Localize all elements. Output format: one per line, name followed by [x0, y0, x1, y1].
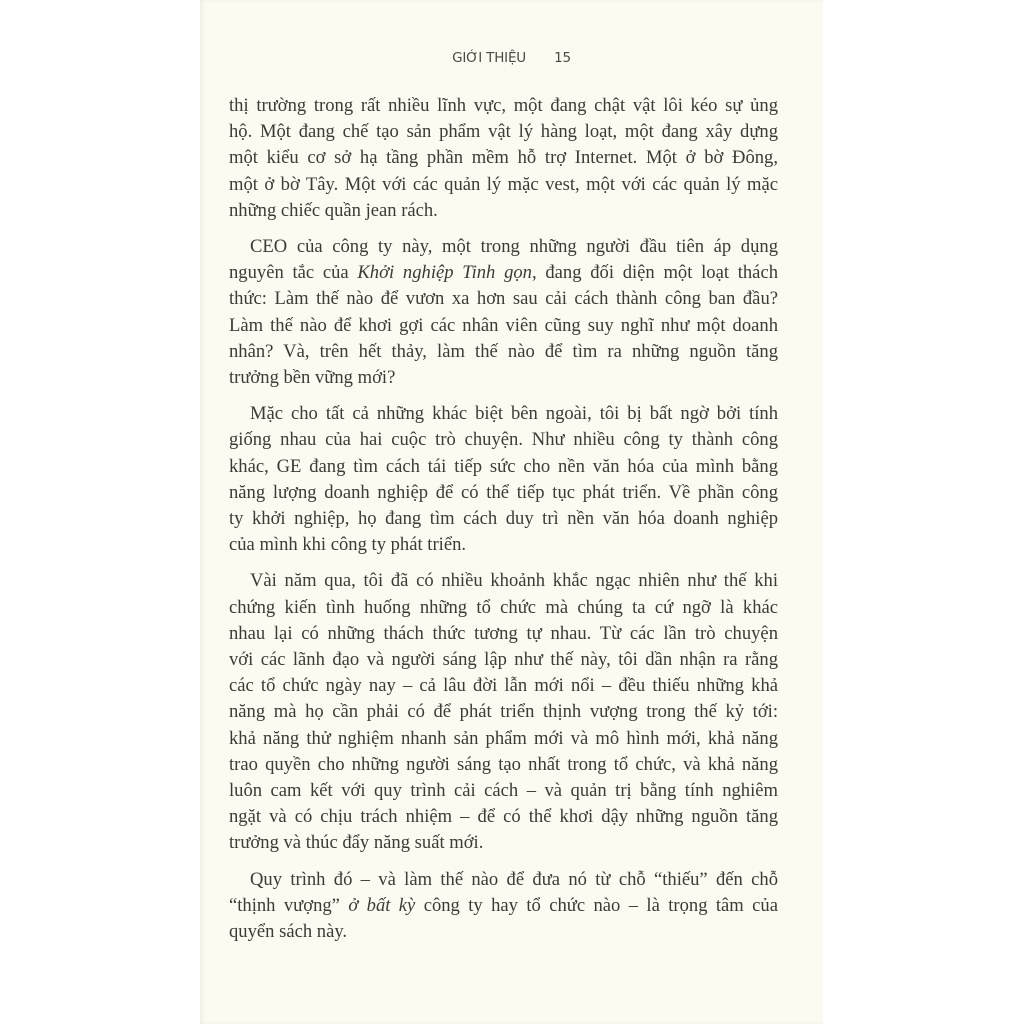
- emphasis-italic: ở bất kỳ: [348, 895, 415, 916]
- text-line: khác, GE đang tìm cách tái tiếp sức cho …: [229, 454, 778, 480]
- text-line: trưởng và thúc đẩy năng suất mới.: [229, 830, 778, 856]
- text-line: nhau lại có những thách thức tương tự nh…: [229, 621, 778, 647]
- text-line: của mình khi công ty phát triển.: [229, 532, 778, 558]
- page-number: 15: [554, 50, 571, 66]
- paragraph-5: Quy trình đó – và làm thế nào để đưa nó …: [229, 867, 778, 946]
- text-line: ngặt và có chịu trách nhiệm – để có thể …: [229, 804, 778, 830]
- text-line: trao quyền cho những người sáng tạo nhất…: [229, 752, 778, 778]
- text-line: hộ. Một đang chế tạo sản phẩm vật lý hàn…: [229, 119, 778, 145]
- paragraph-2: CEO của công ty này, một trong những ngư…: [229, 234, 778, 391]
- text-line-with-book-title: nguyên tắc của Khởi nghiệp Tinh gọn, đan…: [229, 260, 778, 286]
- text-line: các tổ chức ngày nay – cả lâu đời lẫn mớ…: [229, 673, 778, 699]
- text-line: Vài năm qua, tôi đã có nhiều khoảnh khắc…: [229, 568, 778, 594]
- text-run: nguyên tắc của: [229, 262, 357, 283]
- text-line: quyển sách này.: [229, 919, 778, 945]
- paragraph-1: thị trường trong rất nhiều lĩnh vực, một…: [229, 93, 778, 224]
- text-line: một ở bờ Tây. Một với các quản lý mặc ve…: [229, 172, 778, 198]
- text-line: giống nhau của hai cuộc trò chuyện. Như …: [229, 427, 778, 453]
- body-text: thị trường trong rất nhiều lĩnh vực, một…: [229, 93, 778, 955]
- running-head: GIỚI THIỆU 15: [200, 50, 823, 66]
- text-line: Mặc cho tất cả những khác biệt bên ngoài…: [229, 401, 778, 427]
- text-line: thức: Làm thế nào để vươn xa hơn sau cải…: [229, 286, 778, 312]
- text-line: chứng kiến tình huống những tổ chức mà c…: [229, 595, 778, 621]
- text-line: trưởng bền vững mới?: [229, 365, 778, 391]
- section-title: GIỚI THIỆU: [452, 50, 526, 66]
- text-line: nhân? Và, trên hết thảy, làm thế nào để …: [229, 339, 778, 365]
- paragraph-4: Vài năm qua, tôi đã có nhiều khoảnh khắc…: [229, 568, 778, 856]
- text-run: “thịnh vượng”: [229, 895, 348, 916]
- text-line-with-emphasis: “thịnh vượng” ở bất kỳ công ty hay tổ ch…: [229, 893, 778, 919]
- text-line: ty khởi nghiệp, họ đang tìm cách duy trì…: [229, 506, 778, 532]
- text-line: năng mà họ cần phải có để phát triển thị…: [229, 699, 778, 725]
- paragraph-3: Mặc cho tất cả những khác biệt bên ngoài…: [229, 401, 778, 558]
- text-line: Quy trình đó – và làm thế nào để đưa nó …: [229, 867, 778, 893]
- text-line: luôn cam kết với quy trình cải cách – và…: [229, 778, 778, 804]
- text-line: thị trường trong rất nhiều lĩnh vực, một…: [229, 93, 778, 119]
- book-page: GIỚI THIỆU 15 thị trường trong rất nhiều…: [200, 0, 823, 1024]
- text-line: năng lượng doanh nghiệp để có thể tiếp t…: [229, 480, 778, 506]
- text-run: công ty hay tổ chức nào – là trọng tâm c…: [415, 895, 778, 916]
- text-line: những chiếc quần jean rách.: [229, 198, 778, 224]
- text-line: một kiểu cơ sở hạ tầng phần mềm hỗ trợ I…: [229, 145, 778, 171]
- text-line: Làm thế nào để khơi gợi các nhân viên cũ…: [229, 313, 778, 339]
- text-run: , đang đối diện một loạt thách: [532, 262, 778, 283]
- text-line: CEO của công ty này, một trong những ngư…: [229, 234, 778, 260]
- text-line: khả năng thử nghiệm nhanh sản phẩm mới v…: [229, 726, 778, 752]
- book-title-italic: Khởi nghiệp Tinh gọn: [357, 262, 532, 283]
- text-line: với các lãnh đạo và người sáng lập như t…: [229, 647, 778, 673]
